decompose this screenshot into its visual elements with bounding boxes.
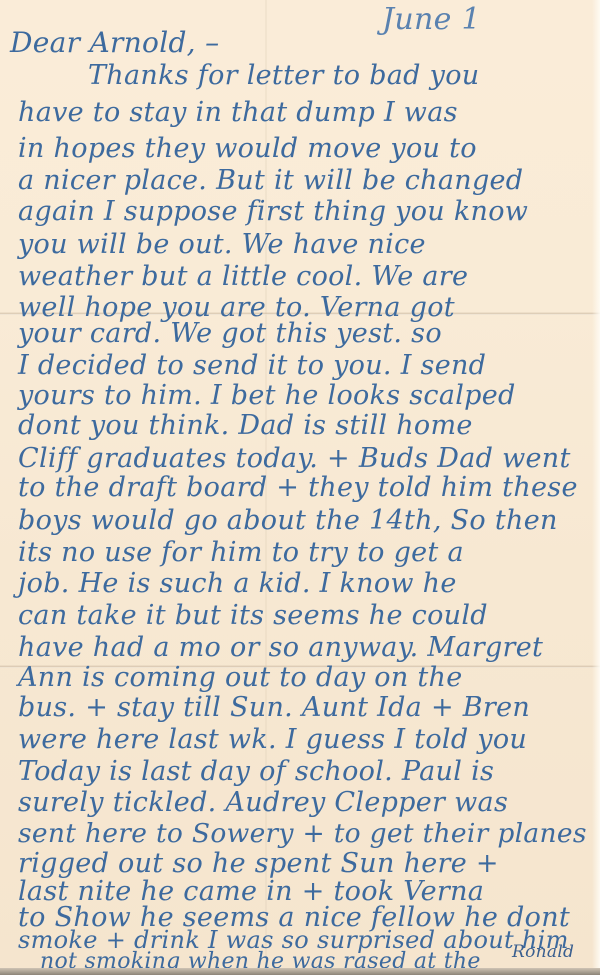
paper-shadow-edge — [0, 968, 600, 975]
letter-line: in hopes they would move you to — [18, 133, 477, 164]
letter-line: Thanks for letter to bad you — [88, 60, 479, 91]
letter-line: bus. + stay till Sun. Aunt Ida + Bren — [18, 692, 530, 723]
letter-line: have to stay in that dump I was — [18, 97, 458, 128]
letter-line: again I suppose first thing you know — [18, 196, 528, 227]
letter-page: June 1 Dear Arnold, – Thanks for letter … — [0, 0, 600, 975]
letter-salutation: Dear Arnold, – — [10, 26, 219, 59]
letter-line: weather but a little cool. We are — [18, 261, 468, 292]
letter-line: rigged out so he spent Sun here + — [18, 848, 499, 879]
letter-line: Today is last day of school. Paul is — [18, 756, 494, 787]
letter-line: boys would go about the 14th, So then — [18, 505, 558, 536]
letter-line: job. He is such a kid. I know he — [18, 568, 457, 599]
signature-fragment: Ronald — [512, 942, 574, 962]
letter-line: have had a mo or so anyway. Margret — [18, 632, 543, 663]
paper-edge — [592, 0, 600, 975]
letter-line: Ann is coming out to day on the — [18, 662, 463, 693]
letter-line: to the draft board + they told him these — [18, 472, 578, 503]
letter-line: you will be out. We have nice — [18, 229, 426, 260]
letter-line: surely tickled. Audrey Clepper was — [18, 787, 508, 818]
letter-line: its no use for him to try to get a — [18, 537, 464, 568]
letter-line: your card. We got this yest. so — [18, 318, 442, 349]
letter-line: sent here to Sowery + to get their plane… — [18, 818, 587, 849]
letter-line: can take it but its seems he could — [18, 600, 488, 631]
letter-line: were here last wk. I guess I told you — [18, 724, 527, 755]
letter-line: yours to him. I bet he looks scalped — [18, 380, 516, 411]
letter-line: I decided to send it to you. I send — [18, 350, 486, 381]
letter-date: June 1 — [382, 2, 481, 37]
letter-line: Cliff graduates today. + Buds Dad went — [18, 443, 571, 474]
letter-line: dont you think. Dad is still home — [18, 410, 473, 441]
letter-line: a nicer place. But it will be changed — [18, 165, 523, 196]
